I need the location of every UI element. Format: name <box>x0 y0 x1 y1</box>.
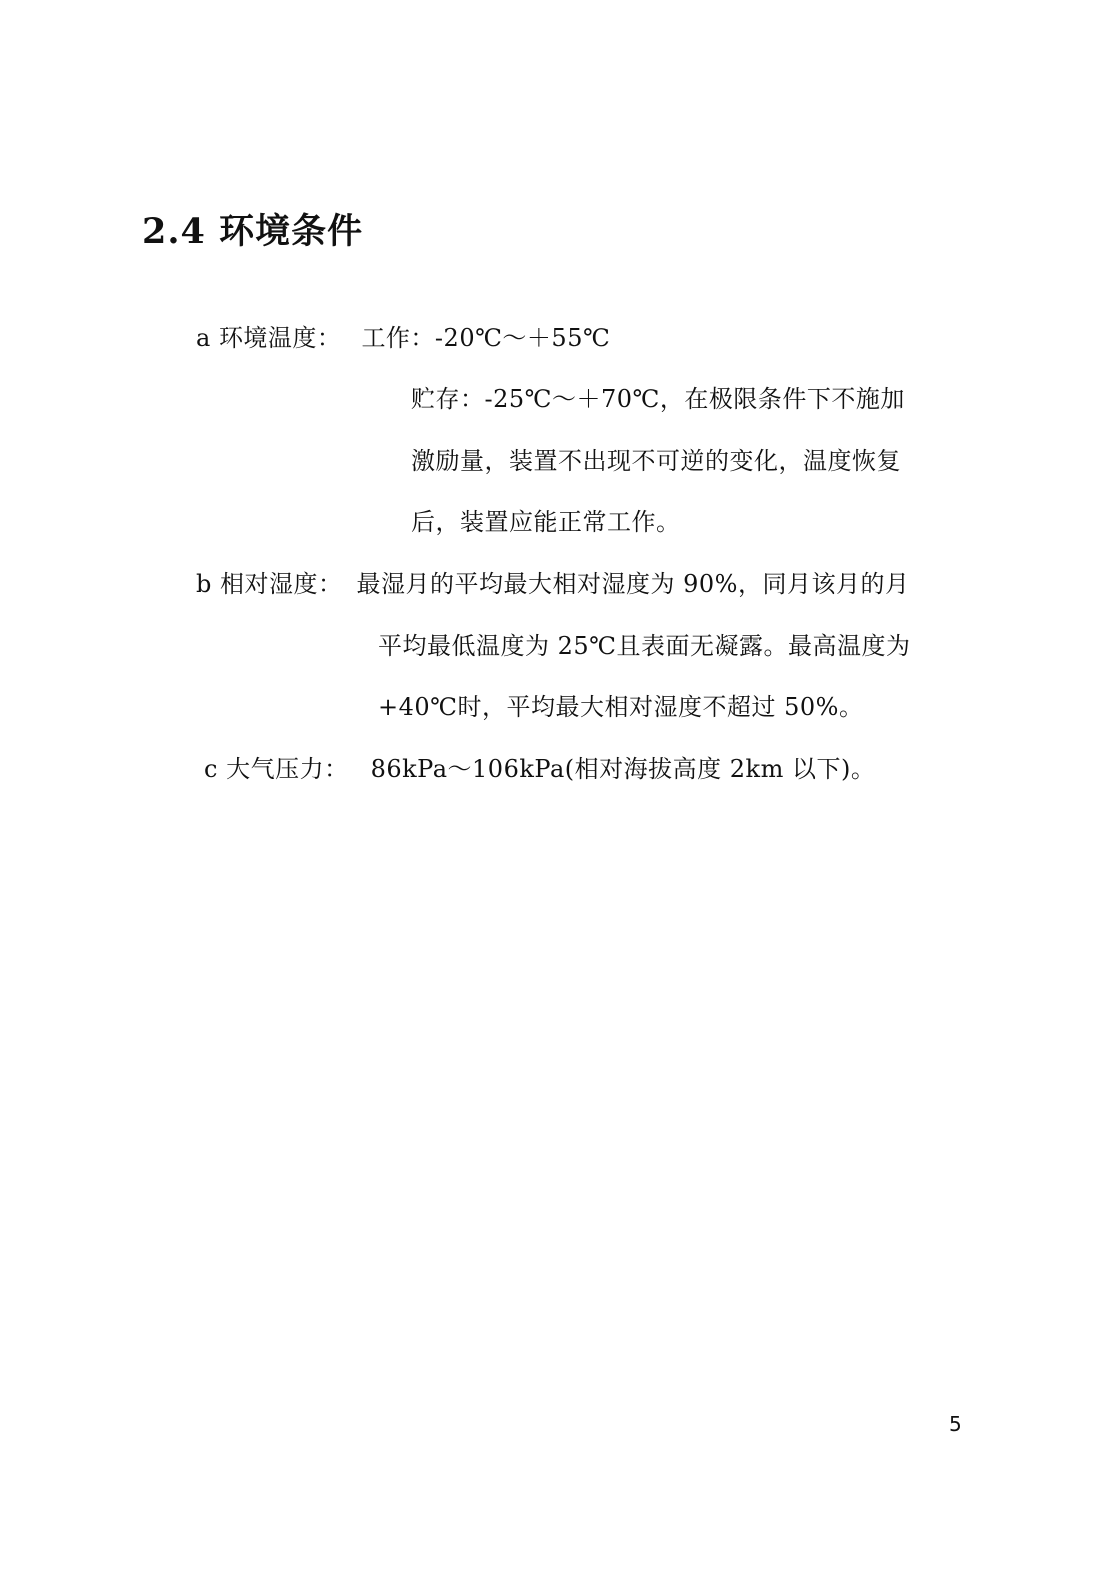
humidity-label: b 相对湿度： <box>196 564 343 604</box>
pressure-label: c 大气压力： <box>204 749 349 789</box>
pressure-value: 86kPa～106kPa(相对海拔高度 2km 以下)。 <box>371 755 876 783</box>
temperature-storage-line-1: 贮存：-25℃～＋70℃，在极限条件下不施加 <box>411 379 905 419</box>
temperature-item: a 环境温度：工作：-20℃～＋55℃ <box>196 318 610 358</box>
humidity-line-3: +40℃时，平均最大相对湿度不超过 50%。 <box>378 687 863 727</box>
page-number: 5 <box>949 1410 962 1438</box>
temperature-label: a 环境温度： <box>196 318 341 358</box>
humidity-line-1: 最湿月的平均最大相对湿度为 90%，同月该月的月 <box>357 570 910 598</box>
pressure-item: c 大气压力：86kPa～106kPa(相对海拔高度 2km 以下)。 <box>204 749 875 789</box>
humidity-line-2: 平均最低温度为 25℃且表面无凝露。最高温度为 <box>378 626 911 666</box>
humidity-item: b 相对湿度：最湿月的平均最大相对湿度为 90%，同月该月的月 <box>196 564 909 604</box>
section-heading: 2.4 环境条件 <box>142 207 363 257</box>
temperature-storage-line-2: 激励量，装置不出现不可逆的变化，温度恢复 <box>411 441 901 481</box>
temperature-operating: 工作：-20℃～＋55℃ <box>361 324 610 352</box>
temperature-storage-line-3: 后，装置应能正常工作。 <box>411 502 681 542</box>
